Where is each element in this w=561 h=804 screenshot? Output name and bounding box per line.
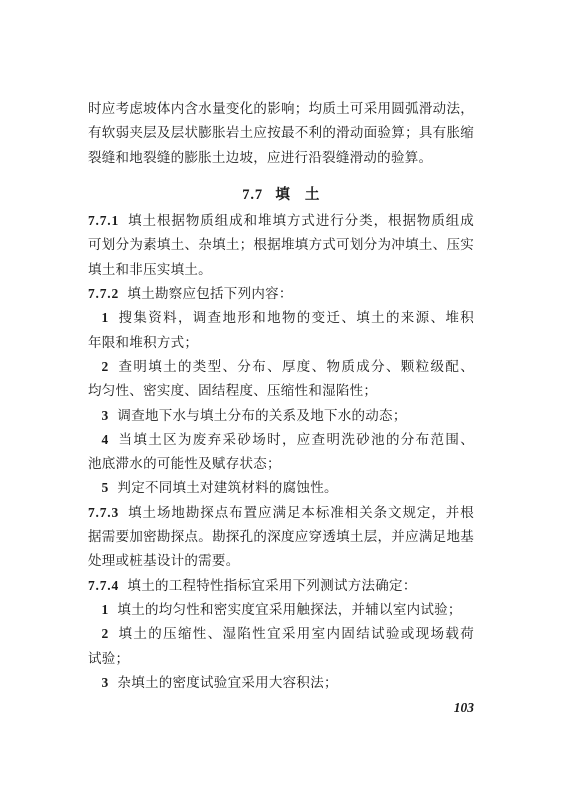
- item-number: 5: [102, 480, 110, 495]
- line-text: 填土的工程特性指标宜采用下列测试方法确定：: [127, 578, 416, 593]
- line-text: 填土和非压实填土。: [88, 262, 212, 277]
- text-line: 均匀性、密实度、固结程度、压缩性和湿陷性；: [88, 379, 474, 403]
- line-text: 裂缝和地裂缝的膨胀土边坡，应进行沿裂缝滑动的验算。: [88, 150, 432, 165]
- text-line: 7.7.2填土勘察应包括下列内容：: [88, 282, 474, 306]
- page-number: 103: [454, 696, 474, 720]
- text-line: 据需要加密勘探点。勘探孔的深度应穿透填土层，并应满足地基: [88, 525, 474, 549]
- line-text: 时应考虑坡体内含水量变化的影响；均质土可采用圆弧滑动法，: [88, 101, 474, 116]
- text-line: 7.7.4填土的工程特性指标宜采用下列测试方法确定：: [88, 574, 474, 598]
- item-number: 1: [102, 602, 110, 617]
- item-number: 2: [102, 359, 110, 374]
- text-line: 3杂填土的密度试验宜采用大容积法；: [88, 671, 474, 695]
- text-line: 处理或桩基设计的需要。: [88, 549, 474, 573]
- text-line: 1填土的均匀性和密实度宜采用触探法，并辅以室内试验；: [88, 598, 474, 622]
- line-text: 池底滞水的可能性及赋存状态；: [88, 456, 281, 471]
- line-text: 杂填土的密度试验宜采用大容积法；: [117, 675, 337, 690]
- clause-number: 7.7.2: [88, 286, 119, 301]
- section-number: 7.7: [242, 187, 263, 203]
- section-heading: 7.7填 土: [88, 183, 474, 207]
- line-text: 填土场地勘探点布置应满足本标准相关条文规定，并根: [127, 505, 474, 520]
- line-text: 有软弱夹层及层状膨胀岩土应按最不利的滑动面验算；具有胀缩: [88, 125, 474, 140]
- text-line: 3调查地下水与填土分布的关系及地下水的动态；: [88, 404, 474, 428]
- text-line: 7.7.1填土根据物质组成和堆填方式进行分类，根据物质组成: [88, 209, 474, 233]
- item-number: 1: [102, 310, 110, 325]
- line-text: 查明填土的类型、分布、厚度、物质成分、颗粒级配、: [117, 359, 474, 374]
- text-line: 2填土的压缩性、湿陷性宜采用室内固结试验或现场载荷: [88, 622, 474, 646]
- text-line: 填土和非压实填土。: [88, 258, 474, 282]
- line-text: 判定不同填土对建筑材料的腐蚀性。: [117, 480, 337, 495]
- line-text: 填土的均匀性和密实度宜采用触探法，并辅以室内试验；: [117, 602, 461, 617]
- line-text: 处理或桩基设计的需要。: [88, 553, 239, 568]
- line-text: 填土根据物质组成和堆填方式进行分类，根据物质组成: [127, 213, 474, 228]
- text-line: 有软弱夹层及层状膨胀岩土应按最不利的滑动面验算；具有胀缩: [88, 121, 474, 145]
- text-line: 2查明填土的类型、分布、厚度、物质成分、颗粒级配、: [88, 355, 474, 379]
- line-text: 调查地下水与填土分布的关系及地下水的动态；: [117, 408, 406, 423]
- line-text: 搜集资料，调查地形和地物的变迁、填土的来源、堆积: [117, 310, 474, 325]
- text-line: 试验；: [88, 647, 474, 671]
- text-line: 7.7.3填土场地勘探点布置应满足本标准相关条文规定，并根: [88, 501, 474, 525]
- text-line: 年限和堆积方式；: [88, 331, 474, 355]
- text-line: 时应考虑坡体内含水量变化的影响；均质土可采用圆弧滑动法，: [88, 97, 474, 121]
- item-number: 2: [102, 626, 110, 641]
- item-number: 3: [102, 675, 110, 690]
- text-line: 4当填土区为废弃采砂场时，应查明洗砂池的分布范围、: [88, 428, 474, 452]
- text-line: 池底滞水的可能性及赋存状态；: [88, 452, 474, 476]
- text-line: 5判定不同填土对建筑材料的腐蚀性。: [88, 476, 474, 500]
- clause-number: 7.7.4: [88, 578, 119, 593]
- line-text: 试验；: [88, 651, 129, 666]
- section-title: 填 土: [275, 187, 319, 203]
- text-line: 1搜集资料，调查地形和地物的变迁、填土的来源、堆积: [88, 306, 474, 330]
- line-text: 据需要加密勘探点。勘探孔的深度应穿透填土层，并应满足地基: [88, 529, 474, 544]
- clause-number: 7.7.3: [88, 505, 119, 520]
- document-page: 时应考虑坡体内含水量变化的影响；均质土可采用圆弧滑动法，有软弱夹层及层状膨胀岩土…: [0, 0, 561, 804]
- clause-number: 7.7.1: [88, 213, 119, 228]
- line-text: 均匀性、密实度、固结程度、压缩性和湿陷性；: [88, 383, 377, 398]
- line-text: 当填土区为废弃采砂场时，应查明洗砂池的分布范围、: [117, 432, 474, 447]
- text-line: 可划分为素填土、杂填土；根据堆填方式可划分为冲填土、压实: [88, 233, 474, 257]
- item-number: 4: [102, 432, 110, 447]
- item-number: 3: [102, 408, 110, 423]
- line-text: 填土勘察应包括下列内容：: [127, 286, 292, 301]
- line-text: 年限和堆积方式；: [88, 335, 198, 350]
- line-text: 填土的压缩性、湿陷性宜采用室内固结试验或现场载荷: [117, 626, 474, 641]
- line-text: 可划分为素填土、杂填土；根据堆填方式可划分为冲填土、压实: [88, 237, 474, 252]
- text-line: 裂缝和地裂缝的膨胀土边坡，应进行沿裂缝滑动的验算。: [88, 146, 474, 170]
- text-column: 时应考虑坡体内含水量变化的影响；均质土可采用圆弧滑动法，有软弱夹层及层状膨胀岩土…: [88, 97, 474, 695]
